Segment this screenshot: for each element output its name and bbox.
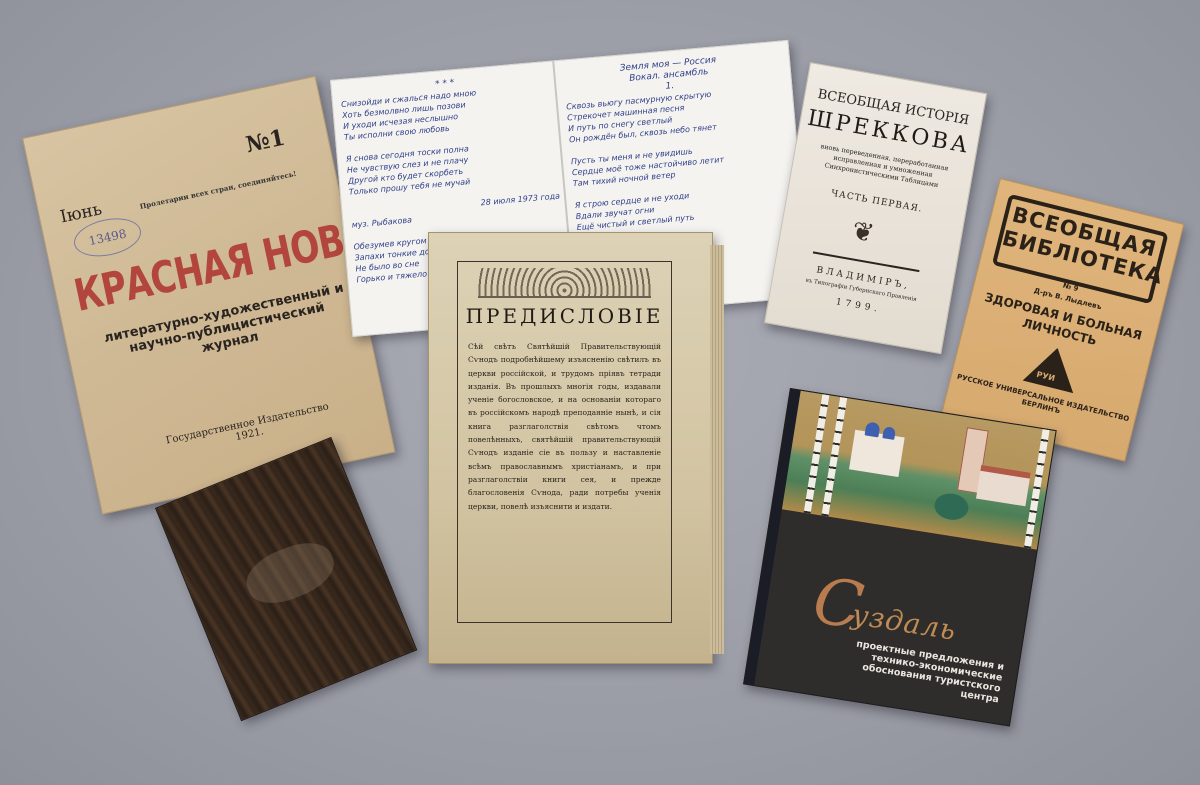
- album-spine: [744, 389, 800, 685]
- cherub-vignette-icon: ❦: [850, 216, 877, 249]
- shrekkov-history-book: ВСЕОБЩАЯ ИСТОРІЯ ШРЕККОВА вновь переведе…: [764, 62, 987, 354]
- worn-label-area: [239, 533, 341, 613]
- page-frame: ПРЕДИСЛОВІЕ Сѣй свѣтъ Святѣйшій Правител…: [457, 261, 672, 623]
- ornamental-headpiece: [478, 268, 651, 298]
- blue-dome: [865, 421, 881, 437]
- predislovie-old-book: ПРЕДИСЛОВІЕ Сѣй свѣтъ Святѣйшій Правител…: [428, 232, 713, 664]
- book-body-text: Сѣй свѣтъ Святѣйшій Правительствующій Сѵ…: [468, 340, 661, 513]
- suzdal-album: С уздаль проектные предложения и технико…: [743, 388, 1057, 727]
- blue-dome: [882, 426, 896, 440]
- church-illustration: [976, 465, 1031, 506]
- tree-illustration: [933, 491, 971, 522]
- motto: Пролетарии всех стран, соединяйтесь!: [139, 169, 297, 211]
- issue-number: №1: [244, 125, 288, 159]
- page-edges: [710, 245, 724, 654]
- book-heading: ПРЕДИСЛОВІЕ: [458, 304, 671, 328]
- album-description: проектные предложения и технико-экономич…: [820, 634, 1005, 706]
- publisher-logo-icon: [1023, 342, 1083, 393]
